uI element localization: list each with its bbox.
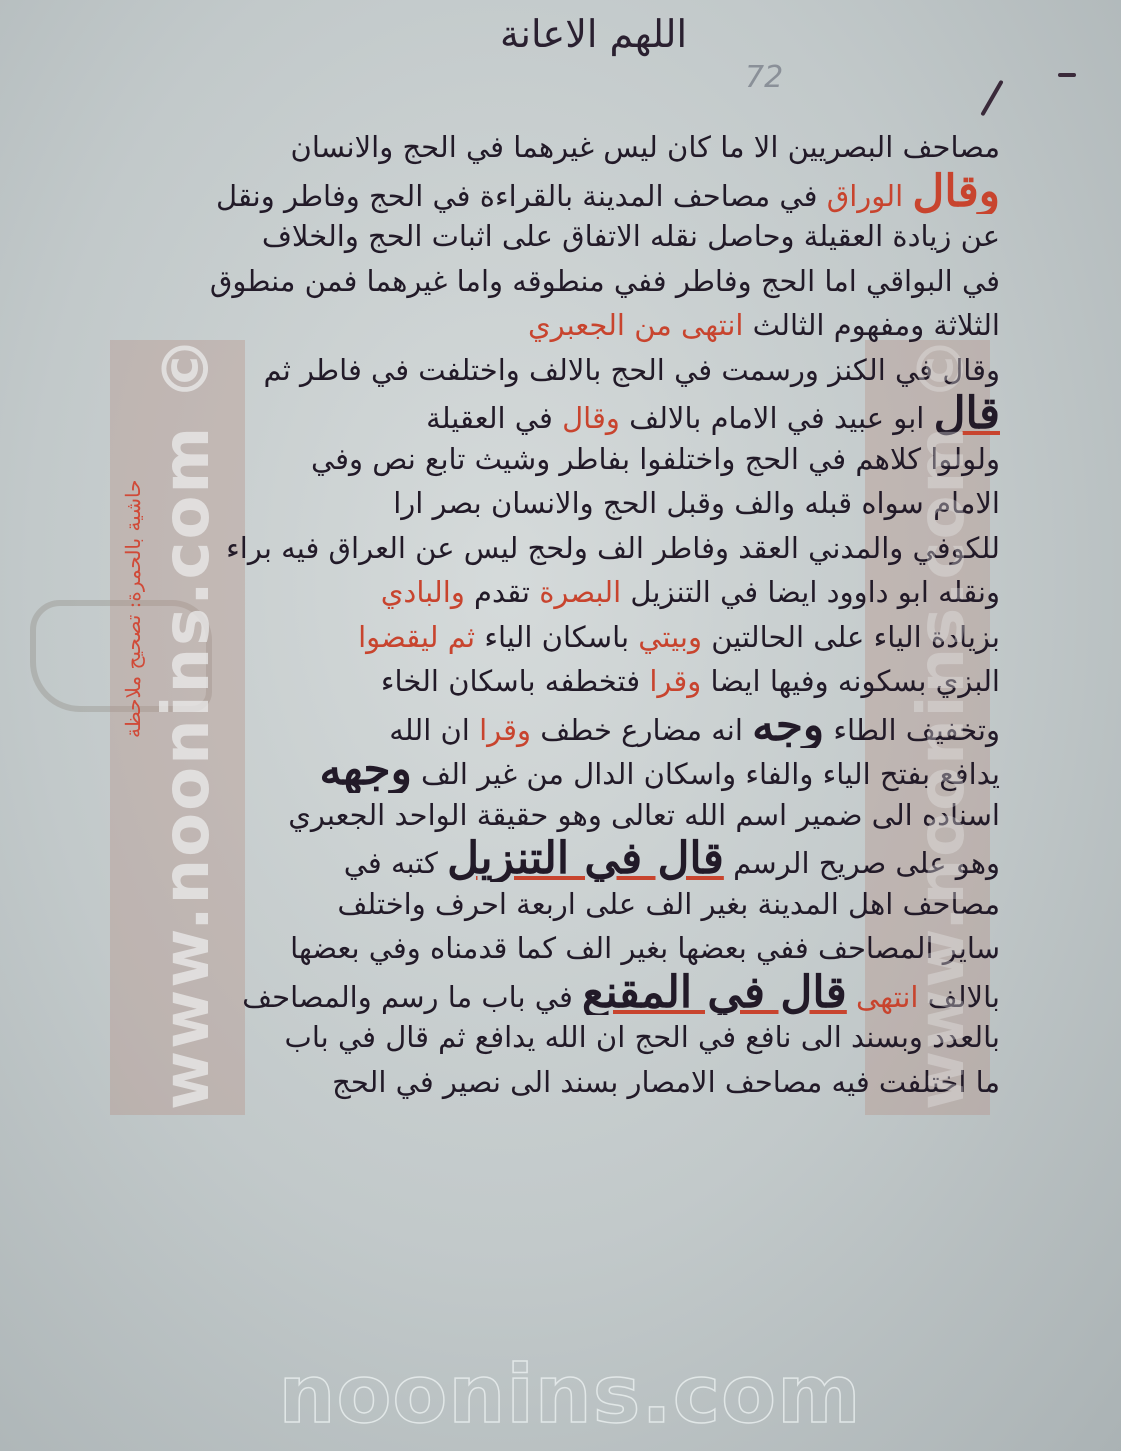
text-line: البزي بسكونه وفيها ايضا وقرا فتخطفه باسك… [210,659,1000,704]
body-text: ابو عبيد في الامام بالالف [620,401,934,435]
body-text: في البواقي اما الحج وفاطر ففي منطوقه وام… [210,264,1000,298]
body-text: في باب ما رسم والمصاحف [242,980,582,1014]
pen-mark [980,80,1003,117]
watermark-bottom: noonins.com [260,1348,880,1441]
body-text: فتخطفه باسكان الخاء [381,664,649,698]
body-text: بالعدد وبسند الى نافع في الحج ان الله يد… [285,1020,1000,1054]
text-line: وقال في الكنز ورسمت في الحج بالالف واختل… [210,348,1000,393]
body-text: اسناده الى ضمير اسم الله تعالى وهو حقيقة… [288,798,1000,832]
text-line: للكوفي والمدني العقد وفاطر الف ولحج ليس … [210,526,1000,571]
text-line: قال ابو عبيد في الامام بالالف وقال في ال… [210,392,1000,437]
rubric-text: ثم ليقضوا [358,620,475,654]
text-line: بزيادة الياء على الحالتين وبيتي باسكان ا… [210,615,1000,660]
body-text: مصاحف اهل المدينة بغير الف على اربعة احر… [337,887,1000,921]
body-text [903,179,912,213]
watermark-vertical-left: www.noonins.com © [150,335,224,1110]
body-text: وجه [752,704,824,749]
body-text: ولولوا كلاهم في الحج واختلفوا بفاطر وشيث… [311,442,1000,476]
text-line: ما اختلفت فيه مصاحف الامصار بسند الى نصي… [210,1060,1000,1105]
body-text: وقال في الكنز ورسمت في الحج بالالف واختل… [263,353,1000,387]
body-text: في مصاحف المدينة بالقراءة في الحج وفاطر … [210,179,827,213]
rubric-text: الوراق [827,179,903,213]
text-line: في البواقي اما الحج وفاطر ففي منطوقه وام… [210,259,1000,304]
text-line: الامام سواه قبله والف وقبل الحج والانسان… [210,481,1000,526]
rubric-text: انتهى من الجعبري [528,308,744,342]
body-text: باسكان الياء [475,620,638,654]
body-text: انه مضارع خطف [531,713,752,747]
manuscript-body-text: مصاحف البصريين الا ما كان ليس غيرهما في … [210,125,1000,1104]
text-line: عن زيادة العقيلة وحاصل نقله الاتفاق على … [210,214,1000,259]
body-text: ما اختلفت فيه مصاحف الامصار بسند الى نصي… [332,1065,1000,1099]
text-line: ساير المصاحف ففي بعضها بغير الف كما قدمن… [210,926,1000,971]
text-line: يدافع بفتح الياء والفاء واسكان الدال من … [210,748,1000,793]
body-text: عن زيادة العقيلة وحاصل نقله الاتفاق على … [262,219,1000,253]
folio-number: 72 [745,60,783,95]
text-line: بالالف انتهى قال في المقنع في باب ما رسم… [210,971,1000,1016]
text-line: اسناده الى ضمير اسم الله تعالى وهو حقيقة… [210,793,1000,838]
text-line: وهو على صريح الرسم قال في التنزيل كتبه ف… [210,837,1000,882]
body-text [847,980,856,1014]
rubric-text: وقال [562,401,620,435]
rubric-text: وقرا [649,664,701,698]
body-text: ساير المصاحف ففي بعضها بغير الف كما قدمن… [290,931,1000,965]
body-text: مصاحف البصريين الا ما كان ليس غيرهما في … [291,130,1000,164]
body-text: ان الله [389,713,479,747]
margin-annotation: حاشية بالحمرة: تصحيح ملاحظة [120,480,146,840]
watermark-vertical-right: www.noonins.com © [905,335,979,1110]
text-line: وقال الوراق في مصاحف المدينة بالقراءة في… [210,170,1000,215]
body-text: كتبه في [344,846,447,880]
text-line: مصاحف اهل المدينة بغير الف على اربعة احر… [210,882,1000,927]
body-text: وجهه [320,748,412,793]
rubric-text: وبيتي [638,620,702,654]
text-line: ونقله ابو داوود ايضا في التنزيل البصرة ت… [210,570,1000,615]
text-line: مصاحف البصريين الا ما كان ليس غيرهما في … [210,125,1000,170]
manuscript-page: اللهم الاعانة 72 مصاحف البصريين الا ما ك… [0,0,1121,1451]
page-header-title: اللهم الاعانة [500,12,687,56]
body-text: قال في المقنع [582,971,847,1016]
rubric-text: وقال [912,170,1000,215]
body-text: في العقيلة [426,401,562,435]
body-text: قال في التنزيل [447,837,724,882]
body-text: تقدم [465,575,539,609]
text-line: ولولوا كلاهم في الحج واختلفوا بفاطر وشيث… [210,437,1000,482]
rubric-text: والبادي [381,575,465,609]
rubric-text: البصرة [539,575,621,609]
text-line: وتخفيف الطاء وجه انه مضارع خطف وقرا ان ا… [210,704,1000,749]
text-line: الثلاثة ومفهوم الثالث انتهى من الجعبري [210,303,1000,348]
pen-mark [1058,73,1076,77]
rubric-text: وقرا [479,713,531,747]
body-text: للكوفي والمدني العقد وفاطر الف ولحج ليس … [226,531,1000,565]
text-line: بالعدد وبسند الى نافع في الحج ان الله يد… [210,1015,1000,1060]
